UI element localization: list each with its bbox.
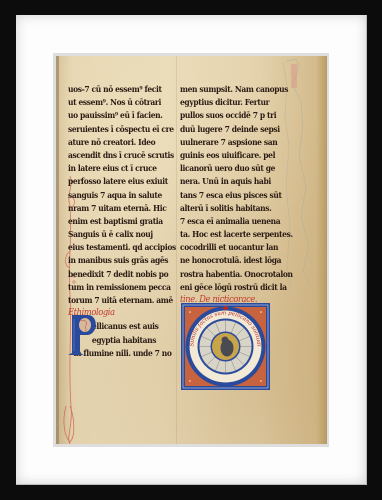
text-line: perfosso latere eius exiuit [68, 175, 176, 188]
text-line: uulnerare 7 aspsione san [180, 136, 293, 149]
text-column-right: men sumpsit. Nam canopus egyptius dicitu… [180, 83, 293, 307]
text-line: uos-7 cū nō essem⁹ fecit [68, 83, 176, 96]
text-line: duū lugere 7 deinde sepsi [180, 123, 293, 136]
pelican-miniature: Similis factus sum pellicano solitudinis [181, 303, 270, 390]
text-line: alterū ī solitis habitans. [180, 202, 293, 215]
text-line: ut essem⁹. Nos ū cōtrari [68, 96, 176, 109]
text-line: eni gēce lōgū rostrū dicit la [180, 281, 293, 294]
text-line: Sanguis ū ē calix nouj [68, 228, 176, 241]
text-line: ascendit dns ī crucē scrutis [68, 149, 176, 162]
text-line: enim est baptismi gratia [68, 215, 176, 228]
text-line: ne honocrotulā. idest lōga [180, 254, 293, 267]
text-line: tum in remissionem pecca [68, 281, 176, 294]
text-line: ta. Hoc est lacerte serpentes. [180, 228, 293, 241]
text-line: seruientes ī cōspectu eī cre [68, 123, 176, 136]
text-line: licanorū uero duo sūt ge [180, 162, 293, 175]
text-line: sanguis 7 aqua in salute [68, 189, 176, 202]
text-line: uo pauissim⁹ eū ī facien. [68, 109, 176, 122]
text-line: nram 7 uitam eternā. Hic [68, 202, 176, 215]
text-line: pullos suos occidē 7 p tri [180, 109, 293, 122]
text-line: rostra habentia. Onocrotalon [180, 268, 293, 281]
text-line: torum 7 uitā eternam. amē [68, 294, 176, 307]
decorated-initial-p [66, 313, 100, 357]
text-line: cocodrilli et uocantur lan [180, 241, 293, 254]
ruling-line [176, 56, 177, 444]
manuscript-page: uos-7 cū nō essem⁹ fecit ut essem⁹. Nos … [56, 56, 327, 444]
text-line: nera. Unū in aquis habi [180, 175, 293, 188]
text-line: in manibus suis grās agēs [68, 254, 176, 267]
text-line: in latere eius ct ī cruce [68, 162, 176, 175]
text-line: tans 7 esca eius pisces sūt [180, 189, 293, 202]
page-gutter-shadow [56, 56, 59, 444]
text-line: eius testamenti. qd accipios [68, 241, 176, 254]
text-line: ature nō creatori. Ideo [68, 136, 176, 149]
text-line: guinis eos uiuificare. pel [180, 149, 293, 162]
text-line: 7 esca eī animalia uenena [180, 215, 293, 228]
text-line: benedixit 7 dedit nobis po [68, 268, 176, 281]
text-line: egyptius dicitur. Fertur [180, 96, 293, 109]
text-line: men sumpsit. Nam canopus [180, 83, 293, 96]
